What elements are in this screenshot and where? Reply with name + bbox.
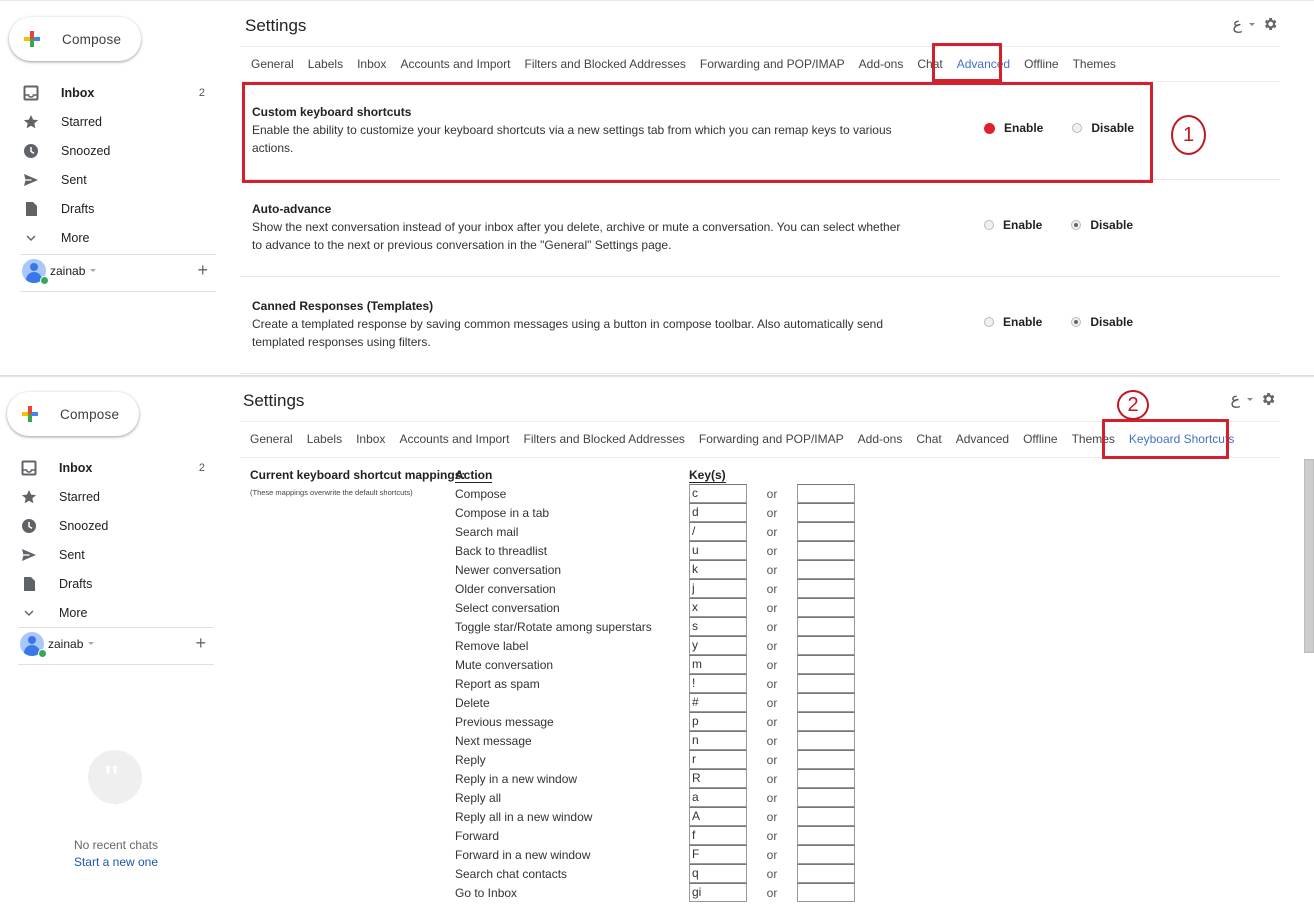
tab-chat[interactable]: Chat <box>916 432 941 446</box>
shortcut-key-input[interactable]: j <box>689 579 747 598</box>
table-row: Replyror <box>455 750 855 769</box>
account-switcher[interactable]: zainab + <box>18 627 214 665</box>
table-row: Older conversationjor <box>455 579 855 598</box>
shortcut-alt-key-input[interactable] <box>797 769 855 788</box>
or-label: or <box>747 563 797 577</box>
start-chat-link[interactable]: Start a new one <box>0 855 232 869</box>
table-row: Next messagenor <box>455 731 855 750</box>
table-row: Reply allaor <box>455 788 855 807</box>
setting-options: Enable Disable <box>984 218 1133 232</box>
table-row: Search chat contactsqor <box>455 864 855 883</box>
or-label: or <box>747 506 797 520</box>
tab-forwarding-and-pop-imap[interactable]: Forwarding and POP/IMAP <box>700 57 845 71</box>
sidebar-nav: Inbox2StarredSnoozedSentDraftsMore <box>0 453 220 627</box>
page-title: Settings <box>245 16 306 36</box>
shortcut-key-input[interactable]: F <box>689 845 747 864</box>
enable-radio[interactable] <box>984 220 994 230</box>
table-row: Toggle star/Rotate among superstarssor <box>455 617 855 636</box>
shortcut-alt-key-input[interactable] <box>797 883 855 902</box>
shortcut-key-input[interactable]: n <box>689 731 747 750</box>
shortcut-key-input[interactable]: m <box>689 655 747 674</box>
divider <box>240 179 1280 180</box>
account-name[interactable]: zainab <box>50 264 85 278</box>
tab-advanced[interactable]: Advanced <box>957 57 1010 71</box>
or-label: or <box>747 734 797 748</box>
shortcut-key-input[interactable]: s <box>689 617 747 636</box>
shortcut-action: Older conversation <box>455 582 689 596</box>
sidebar-item-inbox[interactable]: Inbox2 <box>0 453 220 482</box>
tab-chat[interactable]: Chat <box>917 57 942 71</box>
chevron-down-icon <box>21 605 37 621</box>
disable-label[interactable]: Disable <box>1091 121 1134 135</box>
shortcut-key-input[interactable]: a <box>689 788 747 807</box>
divider <box>240 276 1280 277</box>
enable-label[interactable]: Enable <box>1003 218 1042 232</box>
shortcut-action: Reply all in a new window <box>455 810 689 824</box>
table-row: Back to threadlistuor <box>455 541 855 560</box>
shortcut-alt-key-input[interactable] <box>797 598 855 617</box>
setting-options: Enable Disable <box>984 121 1134 135</box>
chat-bubble-icon: " <box>88 750 144 814</box>
sidebar-item-label: Drafts <box>61 202 94 216</box>
disable-radio[interactable] <box>1071 317 1081 327</box>
enable-label[interactable]: Enable <box>1004 121 1043 135</box>
or-label: or <box>747 772 797 786</box>
settings-keyboard-shortcuts-panel: Compose Inbox2StarredSnoozedSentDraftsMo… <box>0 376 1314 905</box>
disable-label[interactable]: Disable <box>1090 315 1133 329</box>
tab-inbox[interactable]: Inbox <box>357 57 386 71</box>
shortcut-table: ComposecorCompose in a tabdorSearch mail… <box>455 484 855 902</box>
tab-accounts-and-import[interactable]: Accounts and Import <box>400 57 510 71</box>
sidebar: Compose Inbox2StarredSnoozedSentDraftsMo… <box>0 1 240 376</box>
inbox-icon <box>21 460 37 476</box>
shortcut-alt-key-input[interactable] <box>797 522 855 541</box>
sidebar-item-inbox[interactable]: Inbox2 <box>0 78 220 107</box>
shortcut-alt-key-input[interactable] <box>797 655 855 674</box>
scrollbar[interactable] <box>1304 459 1314 653</box>
shortcut-mappings-label: Current keyboard shortcut mappings: <box>250 468 465 482</box>
tab-general[interactable]: General <box>251 57 294 71</box>
shortcut-mappings-note: (These mappings overwrite the default sh… <box>250 488 413 497</box>
shortcut-action: Forward <box>455 829 689 843</box>
table-row: Report as spam!or <box>455 674 855 693</box>
shortcut-action: Previous message <box>455 715 689 729</box>
online-status-icon <box>40 276 49 285</box>
compose-button[interactable]: Compose <box>9 17 141 61</box>
send-icon <box>21 547 37 563</box>
sidebar-item-label: Inbox <box>61 86 94 100</box>
or-label: or <box>747 620 797 634</box>
table-row: Reply all in a new windowAor <box>455 807 855 826</box>
divider <box>240 421 1280 422</box>
or-label: or <box>747 791 797 805</box>
gear-icon[interactable] <box>1262 16 1278 32</box>
shortcut-alt-key-input[interactable] <box>797 579 855 598</box>
input-tools-icon[interactable]: ع <box>1232 14 1242 34</box>
inbox-icon <box>23 85 39 101</box>
shortcut-action: Reply <box>455 753 689 767</box>
sidebar-item-label: Inbox <box>59 461 92 475</box>
shortcut-key-input[interactable]: q <box>689 864 747 883</box>
annotation-step-2: 2 <box>1117 390 1149 420</box>
shortcut-alt-key-input[interactable] <box>797 693 855 712</box>
add-account-icon[interactable]: + <box>195 633 206 653</box>
tab-add-ons[interactable]: Add-ons <box>859 57 904 71</box>
shortcut-alt-key-input[interactable] <box>797 750 855 769</box>
shortcut-key-input[interactable]: R <box>689 769 747 788</box>
or-label: or <box>747 525 797 539</box>
divider <box>240 373 1280 374</box>
shortcut-action: Toggle star/Rotate among superstars <box>455 620 689 634</box>
account-name[interactable]: zainab <box>48 637 83 651</box>
or-label: or <box>747 810 797 824</box>
setting-description: Enable the ability to customize your key… <box>252 121 902 157</box>
shortcut-key-input[interactable]: x <box>689 598 747 617</box>
or-label: or <box>747 696 797 710</box>
settings-advanced-panel: Compose Inbox2StarredSnoozedSentDraftsMo… <box>0 0 1314 376</box>
shortcut-action: Select conversation <box>455 601 689 615</box>
star-icon <box>23 114 39 130</box>
send-icon <box>23 172 39 188</box>
unread-count: 2 <box>199 87 205 99</box>
tab-offline[interactable]: Offline <box>1023 432 1057 446</box>
shortcut-action: Search chat contacts <box>455 867 689 881</box>
clock-icon <box>21 518 37 534</box>
shortcut-key-input[interactable]: / <box>689 522 747 541</box>
tab-keyboard-shortcuts[interactable]: Keyboard Shortcuts <box>1129 432 1234 446</box>
compose-label: Compose <box>62 32 121 47</box>
shortcut-key-input[interactable]: d <box>689 503 747 522</box>
table-row: Select conversationxor <box>455 598 855 617</box>
or-label: or <box>747 677 797 691</box>
sidebar-item-snoozed[interactable]: Snoozed <box>0 511 220 540</box>
chevron-down-icon <box>23 230 39 246</box>
main-content: Settings ع GeneralLabelsInboxAccounts an… <box>240 377 1314 905</box>
table-row: Go to Inboxgior <box>455 883 855 902</box>
sidebar-nav: Inbox2StarredSnoozedSentDraftsMore <box>0 78 220 252</box>
divider <box>240 81 1280 82</box>
table-row: Remove labelyor <box>455 636 855 655</box>
sidebar-item-sent[interactable]: Sent <box>0 165 220 194</box>
or-label: or <box>747 601 797 615</box>
shortcut-alt-key-input[interactable] <box>797 484 855 503</box>
tab-filters-and-blocked-addresses[interactable]: Filters and Blocked Addresses <box>525 57 686 71</box>
shortcut-alt-key-input[interactable] <box>797 807 855 826</box>
setting-custom-keyboard-shortcuts: Custom keyboard shortcuts Enable the abi… <box>252 105 1280 157</box>
draft-icon <box>23 201 39 217</box>
or-label: or <box>747 715 797 729</box>
no-chats-text: No recent chats <box>0 838 232 852</box>
account-switcher[interactable]: zainab + <box>20 254 216 292</box>
table-row: Newer conversationkor <box>455 560 855 579</box>
shortcut-key-input[interactable]: gi <box>689 883 747 902</box>
shortcut-key-input[interactable]: p <box>689 712 747 731</box>
tab-themes[interactable]: Themes <box>1073 57 1116 71</box>
shortcut-key-input[interactable]: ! <box>689 674 747 693</box>
shortcut-action: Next message <box>455 734 689 748</box>
compose-label: Compose <box>60 407 119 422</box>
table-row: Forwardfor <box>455 826 855 845</box>
shortcut-action: Forward in a new window <box>455 848 689 862</box>
table-row: Previous messagepor <box>455 712 855 731</box>
disable-radio[interactable] <box>1071 220 1081 230</box>
shortcut-key-input[interactable]: f <box>689 826 747 845</box>
input-tools-caret-icon[interactable] <box>1249 23 1255 26</box>
setting-title: Custom keyboard shortcuts <box>252 105 1280 119</box>
shortcut-alt-key-input[interactable] <box>797 712 855 731</box>
shortcut-action: Search mail <box>455 525 689 539</box>
shortcut-alt-key-input[interactable] <box>797 826 855 845</box>
tab-labels[interactable]: Labels <box>308 57 343 71</box>
input-tools-caret-icon[interactable] <box>1247 398 1253 401</box>
input-tools-icon[interactable]: ع <box>1230 389 1240 409</box>
sidebar-item-more[interactable]: More <box>0 598 220 627</box>
star-icon <box>21 489 37 505</box>
shortcut-alt-key-input[interactable] <box>797 560 855 579</box>
shortcut-action: Compose <box>455 487 689 501</box>
disable-radio[interactable] <box>1072 123 1082 133</box>
shortcut-action: Compose in a tab <box>455 506 689 520</box>
tab-inbox[interactable]: Inbox <box>356 432 385 446</box>
shortcut-alt-key-input[interactable] <box>797 864 855 883</box>
setting-title: Canned Responses (Templates) <box>252 299 1280 313</box>
tab-add-ons[interactable]: Add-ons <box>858 432 903 446</box>
shortcut-key-input[interactable]: k <box>689 560 747 579</box>
gear-icon[interactable] <box>1260 391 1276 407</box>
or-label: or <box>747 487 797 501</box>
page-title: Settings <box>243 391 304 411</box>
settings-tabs: GeneralLabelsInboxAccounts and ImportFil… <box>251 57 1130 71</box>
sidebar-item-label: More <box>59 606 87 620</box>
shortcut-action: Back to threadlist <box>455 544 689 558</box>
shortcut-alt-key-input[interactable] <box>797 541 855 560</box>
tab-filters-and-blocked-addresses[interactable]: Filters and Blocked Addresses <box>524 432 685 446</box>
setting-description: Create a templated response by saving co… <box>252 315 902 351</box>
or-label: or <box>747 582 797 596</box>
table-row: Forward in a new windowFor <box>455 845 855 864</box>
shortcut-alt-key-input[interactable] <box>797 731 855 750</box>
sidebar-item-label: Snoozed <box>59 519 108 533</box>
shortcut-action: Remove label <box>455 639 689 653</box>
shortcut-action: Report as spam <box>455 677 689 691</box>
shortcut-key-input[interactable]: u <box>689 541 747 560</box>
shortcut-key-input[interactable]: # <box>689 693 747 712</box>
tab-accounts-and-import[interactable]: Accounts and Import <box>399 432 509 446</box>
tab-general[interactable]: General <box>250 432 293 446</box>
table-row: Reply in a new windowRor <box>455 769 855 788</box>
or-label: or <box>747 867 797 881</box>
tab-labels[interactable]: Labels <box>307 432 342 446</box>
sidebar-item-label: Sent <box>61 173 87 187</box>
shortcut-action: Reply in a new window <box>455 772 689 786</box>
header-tools: ع <box>1232 14 1278 34</box>
keys-column-header: Key(s) <box>689 468 726 483</box>
shortcut-action: Newer conversation <box>455 563 689 577</box>
sidebar-item-label: Drafts <box>59 577 92 591</box>
sidebar-item-sent[interactable]: Sent <box>0 540 220 569</box>
sidebar-item-label: Sent <box>59 548 85 562</box>
shortcut-alt-key-input[interactable] <box>797 617 855 636</box>
sidebar-item-more[interactable]: More <box>0 223 220 252</box>
online-status-icon <box>38 649 47 658</box>
shortcut-key-input[interactable]: r <box>689 750 747 769</box>
table-row: Composecor <box>455 484 855 503</box>
shortcut-key-input[interactable]: c <box>689 484 747 503</box>
sidebar-item-starred[interactable]: Starred <box>0 107 220 136</box>
compose-plus-icon <box>24 31 40 47</box>
table-row: Delete#or <box>455 693 855 712</box>
tab-forwarding-and-pop-imap[interactable]: Forwarding and POP/IMAP <box>699 432 844 446</box>
tab-advanced[interactable]: Advanced <box>956 432 1009 446</box>
shortcut-alt-key-input[interactable] <box>797 503 855 522</box>
tab-themes[interactable]: Themes <box>1072 432 1115 446</box>
enable-label[interactable]: Enable <box>1003 315 1042 329</box>
divider <box>240 46 1280 47</box>
or-label: or <box>747 886 797 900</box>
enable-radio[interactable] <box>984 317 994 327</box>
caret-down-icon[interactable] <box>88 642 94 645</box>
shortcut-action: Mute conversation <box>455 658 689 672</box>
compose-button[interactable]: Compose <box>7 392 139 436</box>
disable-label[interactable]: Disable <box>1090 218 1133 232</box>
or-label: or <box>747 848 797 862</box>
setting-description: Show the next conversation instead of yo… <box>252 218 902 254</box>
hangouts-panel: " No recent chats Start a new one <box>0 750 232 869</box>
sidebar-item-drafts[interactable]: Drafts <box>0 569 220 598</box>
or-label: or <box>747 658 797 672</box>
annotation-step-1: 1 <box>1171 115 1206 155</box>
sidebar-item-label: Starred <box>59 490 100 504</box>
shortcut-alt-key-input[interactable] <box>797 674 855 693</box>
action-column-header: Action <box>455 468 492 483</box>
compose-plus-icon <box>22 406 38 422</box>
unread-count: 2 <box>199 462 205 474</box>
or-label: or <box>747 639 797 653</box>
or-label: or <box>747 753 797 767</box>
enable-radio[interactable] <box>984 123 995 134</box>
main-content: Settings ع GeneralLabelsInboxAccounts an… <box>240 1 1314 376</box>
table-row: Search mail/or <box>455 522 855 541</box>
table-row: Mute conversationmor <box>455 655 855 674</box>
caret-down-icon[interactable] <box>90 269 96 272</box>
sidebar-item-label: Snoozed <box>61 144 110 158</box>
sidebar-item-label: Starred <box>61 115 102 129</box>
add-account-icon[interactable]: + <box>197 260 208 280</box>
sidebar: Compose Inbox2StarredSnoozedSentDraftsMo… <box>0 377 240 905</box>
setting-title: Auto-advance <box>252 202 1280 216</box>
or-label: or <box>747 829 797 843</box>
shortcut-key-input[interactable]: A <box>689 807 747 826</box>
shortcut-alt-key-input[interactable] <box>797 845 855 864</box>
shortcut-alt-key-input[interactable] <box>797 788 855 807</box>
tab-offline[interactable]: Offline <box>1024 57 1058 71</box>
sidebar-item-drafts[interactable]: Drafts <box>0 194 220 223</box>
setting-canned-responses: Canned Responses (Templates) Create a te… <box>252 299 1280 351</box>
shortcut-action: Go to Inbox <box>455 886 689 900</box>
sidebar-item-starred[interactable]: Starred <box>0 482 220 511</box>
shortcut-alt-key-input[interactable] <box>797 636 855 655</box>
draft-icon <box>21 576 37 592</box>
sidebar-item-label: More <box>61 231 89 245</box>
shortcut-action: Reply all <box>455 791 689 805</box>
table-row: Compose in a tabdor <box>455 503 855 522</box>
sidebar-item-snoozed[interactable]: Snoozed <box>0 136 220 165</box>
settings-tabs: GeneralLabelsInboxAccounts and ImportFil… <box>250 432 1248 446</box>
setting-options: Enable Disable <box>984 315 1133 329</box>
or-label: or <box>747 544 797 558</box>
divider <box>240 457 1280 458</box>
shortcut-action: Delete <box>455 696 689 710</box>
setting-auto-advance: Auto-advance Show the next conversation … <box>252 202 1280 254</box>
clock-icon <box>23 143 39 159</box>
header-tools: ع <box>1230 389 1276 409</box>
shortcut-key-input[interactable]: y <box>689 636 747 655</box>
